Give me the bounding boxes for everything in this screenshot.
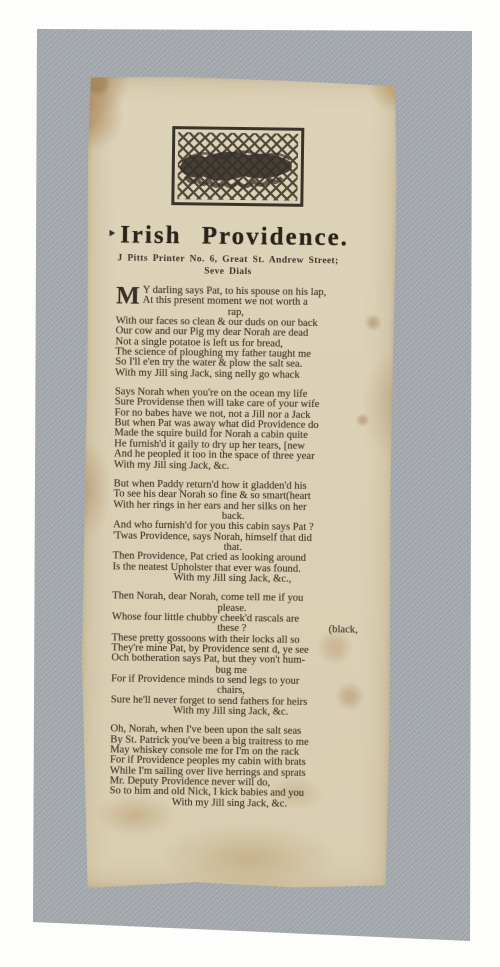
woodcut-svg xyxy=(171,126,304,207)
stanza-5: Oh, Norah, when I've been upon the salt … xyxy=(109,725,350,811)
woodcut-illustration xyxy=(171,126,304,207)
ballad-text: M Y darling says Pat, to his spouse on h… xyxy=(109,285,356,819)
ballad-line-text: these ? xyxy=(217,623,246,634)
ballad-line: With my Jill sing Jack, &c. xyxy=(114,460,354,473)
printer-imprint: J Pitts Printer No. 6, Great St. Andrew … xyxy=(86,253,369,280)
scan: ‣Irish Providence. J Pitts Printer No. 6… xyxy=(0,0,500,967)
stanza-2: Says Norah when you're on the ocean my l… xyxy=(114,387,355,473)
ballad-line: With my Jill sing Jack, &c. xyxy=(111,705,351,718)
drop-cap: M xyxy=(116,286,140,305)
stanza-1: M Y darling says Pat, to his spouse on h… xyxy=(115,285,356,381)
title-text: Irish Providence. xyxy=(120,221,349,251)
ballad-line-turnover: (black, xyxy=(329,625,358,636)
ballad-line: With my Jill sing Jack, &c. xyxy=(109,797,349,810)
page-title: ‣Irish Providence. xyxy=(87,221,370,253)
ballad-line: With my Jill sing Jack, sing nelly go wh… xyxy=(115,368,355,381)
stanza-4: Then Norah, dear Norah, come tell me if … xyxy=(111,592,353,719)
broadside-paper: ‣Irish Providence. J Pitts Printer No. 6… xyxy=(78,75,398,892)
stanza-3: But when Paddy return'd how it gladden'd… xyxy=(112,479,353,586)
title-ornament-icon: ‣ xyxy=(108,226,118,243)
ballad-line: With my Jill sing Jack, &c., xyxy=(112,572,352,585)
